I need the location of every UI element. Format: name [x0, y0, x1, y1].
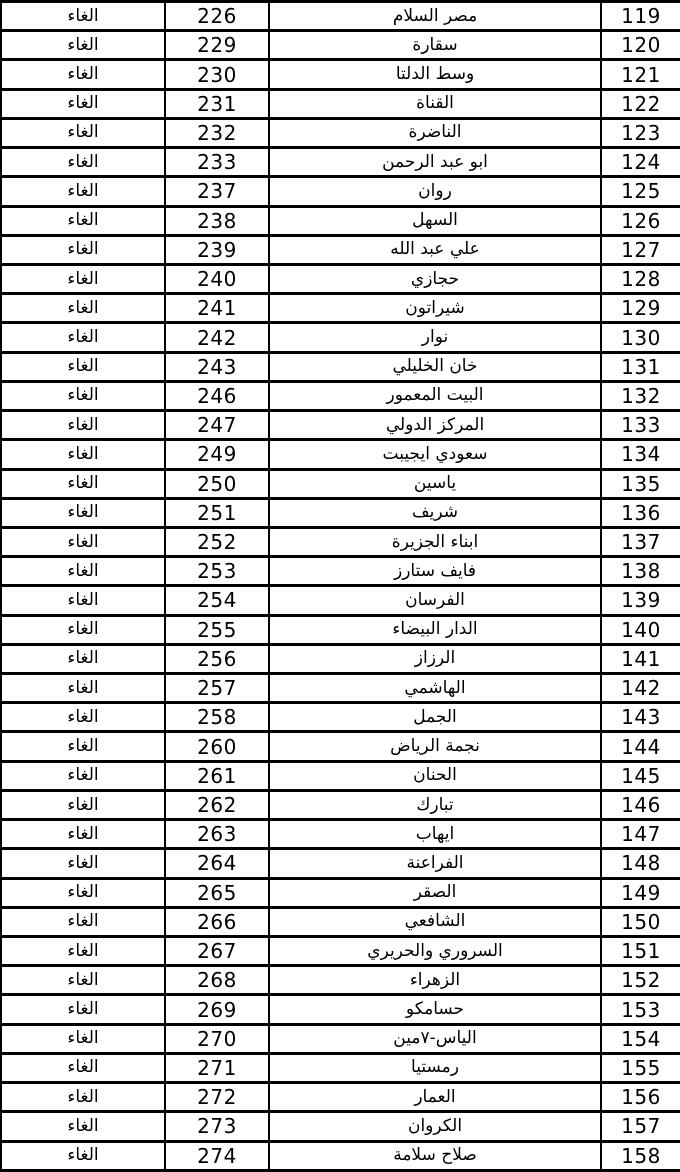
cancel-label-cell: الغاء — [1, 1141, 165, 1170]
cancel-label-cell: الغاء — [1, 206, 165, 235]
cancel-label-cell: الغاء — [1, 1024, 165, 1053]
serial-cell: 145 — [601, 761, 680, 790]
cancel-label-cell: الغاء — [1, 966, 165, 995]
serial-cell: 144 — [601, 732, 680, 761]
table-row: 124 ابو عبد الرحمن 233 الغاء — [1, 148, 680, 177]
name-cell: السروري والحريري — [269, 937, 601, 966]
name-cell: السهل — [269, 206, 601, 235]
number-cell: 267 — [165, 937, 269, 966]
cancel-label-cell: الغاء — [1, 849, 165, 878]
table-row: 142 الهاشمي 257 الغاء — [1, 674, 680, 703]
name-cell: فايف ستارز — [269, 557, 601, 586]
table-row: 128 حجازي 240 الغاء — [1, 264, 680, 293]
table-row: 122 القناة 231 الغاء — [1, 89, 680, 118]
table-row: 138 فايف ستارز 253 الغاء — [1, 557, 680, 586]
name-cell: الكروان — [269, 1112, 601, 1141]
name-cell: البيت المعمور — [269, 381, 601, 410]
number-cell: 271 — [165, 1053, 269, 1082]
name-cell: نوار — [269, 323, 601, 352]
table-row: 151 السروري والحريري 267 الغاء — [1, 937, 680, 966]
serial-cell: 130 — [601, 323, 680, 352]
table-row: 155 رمستيا 271 الغاء — [1, 1053, 680, 1082]
cancel-label-cell: الغاء — [1, 89, 165, 118]
serial-cell: 140 — [601, 615, 680, 644]
cancel-label-cell: الغاء — [1, 995, 165, 1024]
serial-cell: 147 — [601, 820, 680, 849]
serial-cell: 131 — [601, 352, 680, 381]
serial-cell: 141 — [601, 644, 680, 673]
name-cell: ايهاب — [269, 820, 601, 849]
table-row: 125 روان 237 الغاء — [1, 177, 680, 206]
serial-cell: 146 — [601, 790, 680, 819]
number-cell: 242 — [165, 323, 269, 352]
number-cell: 247 — [165, 411, 269, 440]
serial-cell: 128 — [601, 264, 680, 293]
number-cell: 262 — [165, 790, 269, 819]
table-row: 137 ابناء الجزيرة 252 الغاء — [1, 527, 680, 556]
serial-cell: 135 — [601, 469, 680, 498]
name-cell: ياسين — [269, 469, 601, 498]
name-cell: خان الخليلي — [269, 352, 601, 381]
serial-cell: 124 — [601, 148, 680, 177]
serial-cell: 121 — [601, 60, 680, 89]
name-cell: حجازي — [269, 264, 601, 293]
name-cell: الفرسان — [269, 586, 601, 615]
cancel-label-cell: الغاء — [1, 148, 165, 177]
table-row: 131 خان الخليلي 243 الغاء — [1, 352, 680, 381]
number-cell: 238 — [165, 206, 269, 235]
serial-cell: 137 — [601, 527, 680, 556]
number-cell: 252 — [165, 527, 269, 556]
table-row: 129 شيراتون 241 الغاء — [1, 294, 680, 323]
name-cell: المركز الدولي — [269, 411, 601, 440]
serial-cell: 122 — [601, 89, 680, 118]
cancel-label-cell: الغاء — [1, 323, 165, 352]
table-row: 126 السهل 238 الغاء — [1, 206, 680, 235]
number-cell: 260 — [165, 732, 269, 761]
table-row: 127 علي عبد الله 239 الغاء — [1, 235, 680, 264]
number-cell: 231 — [165, 89, 269, 118]
table-row: 146 تبارك 262 الغاء — [1, 790, 680, 819]
table-row: 148 الفراعنة 264 الغاء — [1, 849, 680, 878]
table-row: 152 الزهراء 268 الغاء — [1, 966, 680, 995]
number-cell: 246 — [165, 381, 269, 410]
number-cell: 240 — [165, 264, 269, 293]
number-cell: 249 — [165, 440, 269, 469]
cancel-label-cell: الغاء — [1, 761, 165, 790]
cancel-label-cell: الغاء — [1, 937, 165, 966]
name-cell: شيراتون — [269, 294, 601, 323]
cancel-label-cell: الغاء — [1, 732, 165, 761]
table-row: 120 سقارة 229 الغاء — [1, 31, 680, 60]
table-row: 144 نجمة الرياض 260 الغاء — [1, 732, 680, 761]
number-cell: 266 — [165, 907, 269, 936]
table-row: 158 صلاح سلامة 274 الغاء — [1, 1141, 680, 1170]
cancel-label-cell: الغاء — [1, 60, 165, 89]
table-row: 145 الحنان 261 الغاء — [1, 761, 680, 790]
name-cell: صلاح سلامة — [269, 1141, 601, 1170]
number-cell: 230 — [165, 60, 269, 89]
cancel-label-cell: الغاء — [1, 440, 165, 469]
cancel-label-cell: الغاء — [1, 411, 165, 440]
table-row: 135 ياسين 250 الغاء — [1, 469, 680, 498]
number-cell: 233 — [165, 148, 269, 177]
cancel-label-cell: الغاء — [1, 1053, 165, 1082]
number-cell: 274 — [165, 1141, 269, 1170]
name-cell: الياس-٧مين — [269, 1024, 601, 1053]
number-cell: 239 — [165, 235, 269, 264]
serial-cell: 125 — [601, 177, 680, 206]
name-cell: رمستيا — [269, 1053, 601, 1082]
serial-cell: 152 — [601, 966, 680, 995]
number-cell: 232 — [165, 118, 269, 147]
table-body: 119 مصر السلام 226 الغاء 120 سقارة 229 ا… — [1, 2, 680, 1171]
cancellation-table: 119 مصر السلام 226 الغاء 120 سقارة 229 ا… — [0, 0, 680, 1172]
cancel-label-cell: الغاء — [1, 586, 165, 615]
table-row: 147 ايهاب 263 الغاء — [1, 820, 680, 849]
table-row: 119 مصر السلام 226 الغاء — [1, 2, 680, 31]
cancel-label-cell: الغاء — [1, 498, 165, 527]
serial-cell: 120 — [601, 31, 680, 60]
name-cell: العمار — [269, 1083, 601, 1112]
number-cell: 270 — [165, 1024, 269, 1053]
serial-cell: 132 — [601, 381, 680, 410]
cancel-label-cell: الغاء — [1, 177, 165, 206]
number-cell: 243 — [165, 352, 269, 381]
name-cell: الدار البيضاء — [269, 615, 601, 644]
serial-cell: 153 — [601, 995, 680, 1024]
serial-cell: 154 — [601, 1024, 680, 1053]
table-row: 156 العمار 272 الغاء — [1, 1083, 680, 1112]
name-cell: مصر السلام — [269, 2, 601, 31]
serial-cell: 151 — [601, 937, 680, 966]
number-cell: 257 — [165, 674, 269, 703]
name-cell: الحنان — [269, 761, 601, 790]
name-cell: الرزاز — [269, 644, 601, 673]
number-cell: 269 — [165, 995, 269, 1024]
name-cell: روان — [269, 177, 601, 206]
cancel-label-cell: الغاء — [1, 615, 165, 644]
serial-cell: 157 — [601, 1112, 680, 1141]
table-row: 140 الدار البيضاء 255 الغاء — [1, 615, 680, 644]
name-cell: تبارك — [269, 790, 601, 819]
serial-cell: 127 — [601, 235, 680, 264]
table-row: 150 الشافعي 266 الغاء — [1, 907, 680, 936]
number-cell: 258 — [165, 703, 269, 732]
number-cell: 268 — [165, 966, 269, 995]
table-row: 132 البيت المعمور 246 الغاء — [1, 381, 680, 410]
cancel-label-cell: الغاء — [1, 878, 165, 907]
table-row: 136 شريف 251 الغاء — [1, 498, 680, 527]
number-cell: 251 — [165, 498, 269, 527]
name-cell: الفراعنة — [269, 849, 601, 878]
cancel-label-cell: الغاء — [1, 790, 165, 819]
serial-cell: 148 — [601, 849, 680, 878]
cancel-label-cell: الغاء — [1, 469, 165, 498]
number-cell: 250 — [165, 469, 269, 498]
table-row: 123 الناضرة 232 الغاء — [1, 118, 680, 147]
number-cell: 229 — [165, 31, 269, 60]
name-cell: الهاشمي — [269, 674, 601, 703]
table-row: 143 الجمل 258 الغاء — [1, 703, 680, 732]
name-cell: القناة — [269, 89, 601, 118]
cancel-label-cell: الغاء — [1, 644, 165, 673]
serial-cell: 126 — [601, 206, 680, 235]
serial-cell: 149 — [601, 878, 680, 907]
serial-cell: 129 — [601, 294, 680, 323]
cancel-label-cell: الغاء — [1, 1083, 165, 1112]
number-cell: 255 — [165, 615, 269, 644]
serial-cell: 138 — [601, 557, 680, 586]
name-cell: وسط الدلتا — [269, 60, 601, 89]
number-cell: 263 — [165, 820, 269, 849]
number-cell: 272 — [165, 1083, 269, 1112]
name-cell: سعودي ايجيبت — [269, 440, 601, 469]
name-cell: الزهراء — [269, 966, 601, 995]
document-page: 119 مصر السلام 226 الغاء 120 سقارة 229 ا… — [0, 0, 680, 1172]
serial-cell: 142 — [601, 674, 680, 703]
name-cell: ابناء الجزيرة — [269, 527, 601, 556]
serial-cell: 133 — [601, 411, 680, 440]
serial-cell: 119 — [601, 2, 680, 31]
name-cell: حسامكو — [269, 995, 601, 1024]
cancel-label-cell: الغاء — [1, 2, 165, 31]
name-cell: سقارة — [269, 31, 601, 60]
serial-cell: 150 — [601, 907, 680, 936]
cancel-label-cell: الغاء — [1, 31, 165, 60]
table-row: 154 الياس-٧مين 270 الغاء — [1, 1024, 680, 1053]
serial-cell: 155 — [601, 1053, 680, 1082]
name-cell: علي عبد الله — [269, 235, 601, 264]
cancel-label-cell: الغاء — [1, 907, 165, 936]
table-row: 141 الرزاز 256 الغاء — [1, 644, 680, 673]
table-row: 157 الكروان 273 الغاء — [1, 1112, 680, 1141]
table-row: 121 وسط الدلتا 230 الغاء — [1, 60, 680, 89]
number-cell: 264 — [165, 849, 269, 878]
name-cell: شريف — [269, 498, 601, 527]
cancel-label-cell: الغاء — [1, 527, 165, 556]
name-cell: الشافعي — [269, 907, 601, 936]
table-row: 149 الصقر 265 الغاء — [1, 878, 680, 907]
cancel-label-cell: الغاء — [1, 703, 165, 732]
serial-cell: 123 — [601, 118, 680, 147]
number-cell: 273 — [165, 1112, 269, 1141]
serial-cell: 143 — [601, 703, 680, 732]
serial-cell: 136 — [601, 498, 680, 527]
cancel-label-cell: الغاء — [1, 557, 165, 586]
number-cell: 237 — [165, 177, 269, 206]
cancel-label-cell: الغاء — [1, 118, 165, 147]
serial-cell: 134 — [601, 440, 680, 469]
name-cell: ابو عبد الرحمن — [269, 148, 601, 177]
table-row: 153 حسامكو 269 الغاء — [1, 995, 680, 1024]
table-row: 139 الفرسان 254 الغاء — [1, 586, 680, 615]
name-cell: الصقر — [269, 878, 601, 907]
cancel-label-cell: الغاء — [1, 820, 165, 849]
cancel-label-cell: الغاء — [1, 381, 165, 410]
cancel-label-cell: الغاء — [1, 674, 165, 703]
number-cell: 256 — [165, 644, 269, 673]
cancel-label-cell: الغاء — [1, 352, 165, 381]
number-cell: 254 — [165, 586, 269, 615]
table-row: 133 المركز الدولي 247 الغاء — [1, 411, 680, 440]
table-row: 130 نوار 242 الغاء — [1, 323, 680, 352]
number-cell: 241 — [165, 294, 269, 323]
number-cell: 265 — [165, 878, 269, 907]
serial-cell: 139 — [601, 586, 680, 615]
number-cell: 253 — [165, 557, 269, 586]
table-row: 134 سعودي ايجيبت 249 الغاء — [1, 440, 680, 469]
cancel-label-cell: الغاء — [1, 1112, 165, 1141]
cancel-label-cell: الغاء — [1, 235, 165, 264]
cancel-label-cell: الغاء — [1, 264, 165, 293]
serial-cell: 156 — [601, 1083, 680, 1112]
cancel-label-cell: الغاء — [1, 294, 165, 323]
name-cell: نجمة الرياض — [269, 732, 601, 761]
name-cell: الجمل — [269, 703, 601, 732]
number-cell: 226 — [165, 2, 269, 31]
number-cell: 261 — [165, 761, 269, 790]
name-cell: الناضرة — [269, 118, 601, 147]
serial-cell: 158 — [601, 1141, 680, 1170]
